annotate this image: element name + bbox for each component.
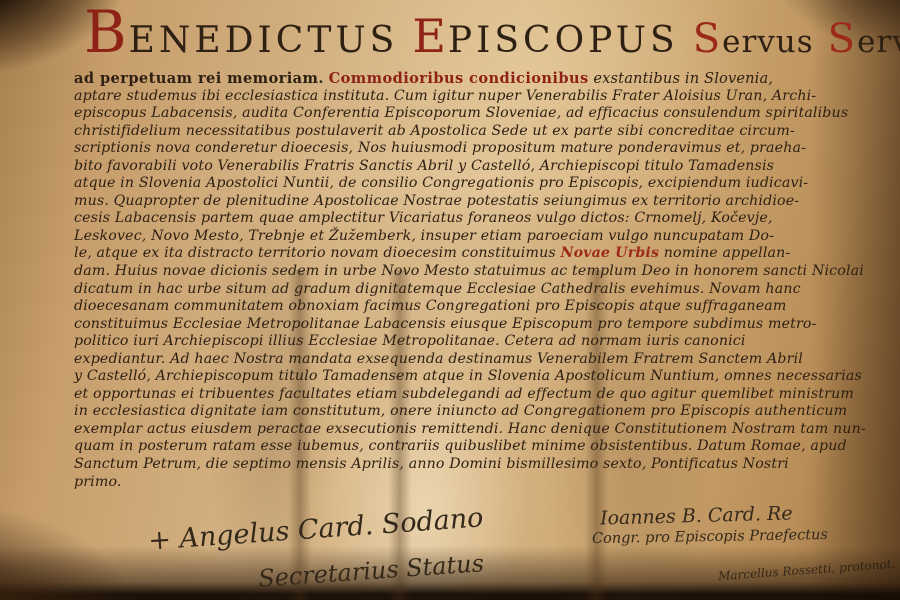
- body-line: Sanctum Petrum, die septimo mensis April…: [74, 456, 900, 474]
- title-word-benedictus: Benedictus: [84, 37, 398, 56]
- body-line: in ecclesiastica dignitate iam constitut…: [74, 403, 900, 421]
- body-line: christifidelium necessitatibus postulave…: [74, 123, 900, 141]
- body-line: Leskovec, Novo Mesto, Trebnje et Žužembe…: [74, 228, 900, 246]
- body-line: mus. Quapropter de plenitudine Apostolic…: [74, 193, 900, 211]
- intro-formula: ad perpetuam rei memoriam.: [74, 70, 324, 87]
- body-line: aptare studemus ibi ecclesiastica instit…: [74, 88, 900, 106]
- body-line: politico iuri Archiepiscopi illius Eccle…: [74, 333, 900, 351]
- cardinal-sodano-signature: + Angelus Card. Sodano: [147, 502, 484, 556]
- body-line: expediantur. Ad haec Nostra mandata exse…: [74, 351, 900, 369]
- body-line: episcopus Labacensis, audita Conferentia…: [74, 105, 900, 123]
- parchment-photo: BenedictusEpiscopusServusServorumDei ad …: [0, 0, 900, 600]
- body-line-segment: nomine appellan-: [659, 245, 790, 261]
- body-line: primo.: [74, 474, 900, 492]
- sodano-title-secretary-of-state: Secretarius Status: [257, 549, 484, 593]
- body-line: scriptionis nova conderetur dioecesis, N…: [74, 140, 900, 158]
- body-line: y Castelló, Archiepiscopum titulo Tamade…: [74, 368, 900, 386]
- title-word-episcopus: Episcopus: [412, 37, 678, 56]
- body-line: cesis Labacensis partem quae amplectitur…: [74, 210, 900, 228]
- body-line-with-red-name: le, atque ex ita distracto territorio no…: [74, 245, 900, 263]
- body-line: quam in posterum ratam esse iubemus, con…: [74, 438, 900, 456]
- body-line: dioecesanam communitatem obnoxiam facimu…: [74, 298, 900, 316]
- body-line: bito favorabili voto Venerabilis Fratris…: [74, 158, 900, 176]
- body-line: constituimus Ecclesiae Metropolitanae La…: [74, 316, 900, 334]
- body-line: atque in Slovenia Apostolici Nuntii, de …: [74, 175, 900, 193]
- intro-rest: exstantibus in Slovenia,: [593, 70, 773, 87]
- body-line: et opportunas ei tribuentes facultates e…: [74, 386, 900, 404]
- protonotary-signature: Marcellus Rossetti, protonot.: [718, 557, 896, 583]
- document-title: BenedictusEpiscopusServusServorumDei: [84, 2, 900, 66]
- title-word-servorum: Servorum: [828, 37, 900, 56]
- intro-line: ad perpetuam rei memoriam. Commodioribus…: [74, 70, 900, 88]
- body-line: dam. Huius novae dicionis sedem in urbe …: [74, 263, 900, 281]
- re-title-congregation-prefect: Congr. pro Episcopis Praefectus: [592, 527, 828, 547]
- title-word-servus: Servus: [693, 37, 814, 56]
- body-line: dicatum in hac urbe situm ad gradum dign…: [74, 281, 900, 299]
- body-line: exemplar actus eiusdem peractae exsecuti…: [74, 421, 900, 439]
- body-line-segment: le, atque ex ita distracto territorio no…: [74, 245, 560, 261]
- new-diocese-name: Novae Urbis: [560, 245, 659, 261]
- intro-red-phrase: Commodioribus condicionibus: [329, 70, 589, 87]
- document-body: ad perpetuam rei memoriam. Commodioribus…: [74, 70, 900, 491]
- cardinal-re-signature: Ioannes B. Card. Re: [600, 502, 793, 529]
